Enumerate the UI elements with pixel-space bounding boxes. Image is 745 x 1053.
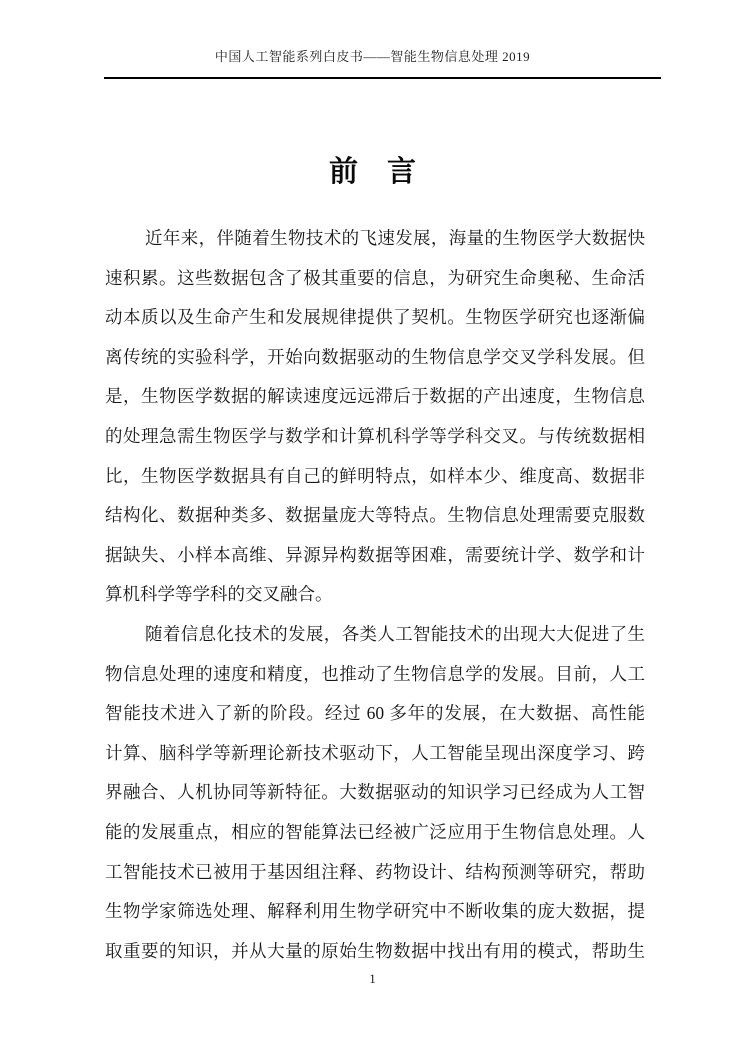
preface-body: 近年来，伴随着生物技术的飞速发展，海量的生物医学大数据快速积累。这些数据包含了极… [105, 219, 645, 971]
page-number: 1 [0, 971, 745, 987]
text-line: 近年来，伴随着生物技术的飞速发展，海量的生物医学大数据快 [105, 219, 645, 259]
text-line: 算机科学等学科的交叉融合。 [105, 575, 645, 615]
text-line: 计算、脑科学等新理论新技术驱动下，人工智能呈现出深度学习、跨 [105, 734, 645, 774]
header-rule [104, 77, 661, 79]
document-page: 中国人工智能系列白皮书——智能生物信息处理 2019 前 言 近年来，伴随着生物… [0, 0, 745, 1053]
text-line: 物信息处理的速度和精度，也推动了生物信息学的发展。目前，人工 [105, 655, 645, 695]
text-line: 界融合、人机协同等新特征。大数据驱动的知识学习已经成为人工智 [105, 773, 645, 813]
text-line: 结构化、数据种类多、数据量庞大等特点。生物信息处理需要克服数 [105, 496, 645, 536]
page-title: 前 言 [0, 154, 745, 190]
text-line: 工智能技术已被用于基因组注释、药物设计、结构预测等研究，帮助 [105, 853, 645, 893]
running-header: 中国人工智能系列白皮书——智能生物信息处理 2019 [0, 46, 745, 65]
text-line: 能的发展重点，相应的智能算法已经被广泛应用于生物信息处理。人 [105, 813, 645, 853]
text-line: 动本质以及生命产生和发展规律提供了契机。生物医学研究也逐渐偏 [105, 298, 645, 338]
text-line: 智能技术进入了新的阶段。经过 60 多年的发展，在大数据、高性能 [105, 694, 645, 734]
text-line: 离传统的实验科学，开始向数据驱动的生物信息学交叉学科发展。但 [105, 338, 645, 378]
text-line: 据缺失、小样本高维、异源异构数据等困难，需要统计学、数学和计 [105, 536, 645, 576]
text-line: 生物学家筛选处理、解释利用生物学研究中不断收集的庞大数据，提 [105, 892, 645, 932]
text-line: 取重要的知识，并从大量的原始生物数据中找出有用的模式，帮助生 [105, 932, 645, 972]
text-line: 速积累。这些数据包含了极其重要的信息，为研究生命奥秘、生命活 [105, 259, 645, 299]
text-line: 随着信息化技术的发展，各类人工智能技术的出现大大促进了生 [105, 615, 645, 655]
text-line: 的处理急需生物医学与数学和计算机科学等学科交叉。与传统数据相 [105, 417, 645, 457]
text-line: 比，生物医学数据具有自己的鲜明特点，如样本少、维度高、数据非 [105, 457, 645, 497]
text-line: 是，生物医学数据的解读速度远远滞后于数据的产出速度，生物信息 [105, 377, 645, 417]
